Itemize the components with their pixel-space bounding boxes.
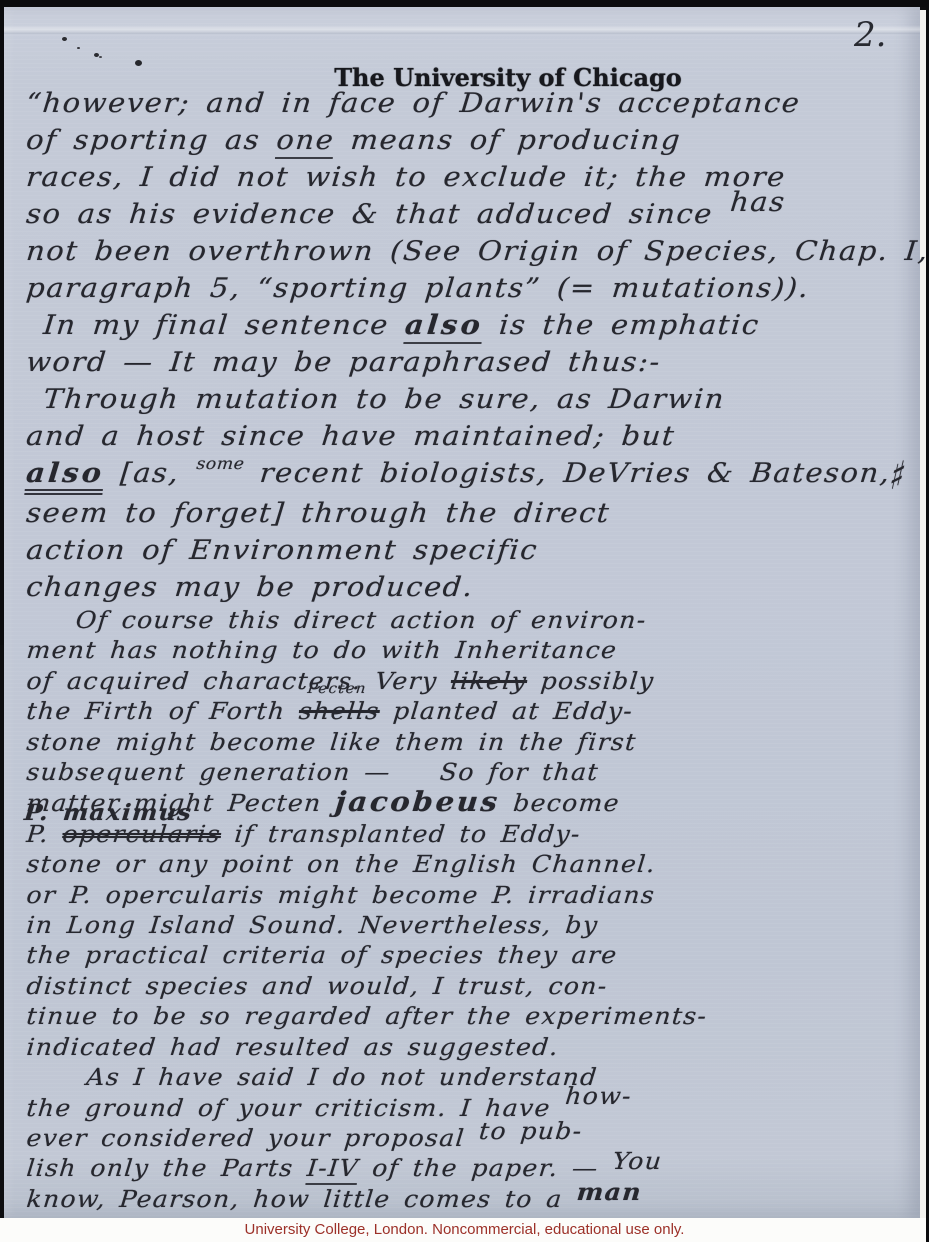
attribution-text: University College, London. Noncommercia… [245,1221,685,1238]
line-text: Through mutation to be sure, as Darwin [42,384,727,415]
handwritten-line: paragraph 5, “sporting plants” (= mutati… [25,270,929,307]
line-text: changes may be produced. [25,572,475,603]
line-text: become [498,789,621,817]
handwritten-line: of sporting as one means of producing [25,122,929,159]
handwritten-line: know, Pearson, how little comes to a man [25,1184,929,1214]
handwritten-line: races, I did not wish to exclude it; the… [25,159,929,196]
handwritten-line: As I have said I do not understand [25,1062,929,1092]
handwritten-line: Of course this direct action of environ- [25,605,929,635]
line-text: paragraph 5, “sporting plants” (= mutati… [25,273,811,304]
letter-paper: 2. The University of Chicago “however; a… [4,7,920,1218]
handwritten-line: tinue to be so regarded after the experi… [25,1001,929,1031]
line-text: and a host since have maintained; but [25,421,677,452]
correction-stack: P. maximusP. opercularis [25,819,222,849]
underlined-word: I-IV [306,1154,361,1185]
line-text: if transplanted to Eddy- [220,820,582,848]
line-text: means of producing [333,125,683,156]
line-text: stone might become like them in the firs… [25,728,638,756]
scanned-letter-page: 2. The University of Chicago “however; a… [0,0,929,1242]
ink-specks [62,37,67,41]
paper-crease [4,25,920,34]
underlined-word: also [403,310,484,344]
line-text: of sporting as [25,125,278,156]
line-text: tinue to be so regarded after the experi… [25,1002,708,1030]
handwritten-line: not been overthrown (See Origin of Speci… [25,233,929,270]
line-text: ment has nothing to do with Inheritance [25,636,618,664]
line-text: word — It may be paraphrased thus:- [25,347,663,378]
handwritten-line: action of Environment specific [25,532,929,569]
handwritten-line: indicated had resulted as suggested. [25,1032,929,1062]
handwritten-line: word — It may be paraphrased thus:- [25,344,929,381]
handwritten-line: Through mutation to be sure, as Darwin [25,381,929,418]
letter-body-lower: Of course this direct action of environ-… [28,605,910,1214]
line-text: is the emphatic [482,310,761,341]
handwritten-line: P. maximusP. opercularis if transplanted… [25,819,929,849]
handwritten-line: “however; and in face of Darwin's accept… [25,85,929,122]
line-text: planted at Eddy- [378,697,634,725]
letter-body-upper: “however; and in face of Darwin's accept… [28,85,910,606]
handwritten-line: seem to forget] through the direct [25,495,929,532]
line-text: “however; and in face of Darwin's accept… [25,88,802,119]
line-text: recent biologists, DeVries & Bateson, [242,458,892,489]
page-number: 2. [854,15,886,55]
line-text: As I have said I do not understand [85,1063,599,1091]
line-text: lish only the Parts [25,1154,308,1182]
raised-word: to pub- [478,1117,584,1145]
underlined-word: one [275,125,336,159]
handwritten-line: In my final sentence also is the emphati… [25,307,929,344]
photo-edge-top [0,0,929,7]
handwritten-line: lish only the Parts I-IV of the paper. —… [25,1153,929,1183]
inserted-word: some [196,454,246,473]
handwritten-line: distinct species and would, I trust, con… [25,971,929,1001]
line-text: Of course this direct action of environ- [75,606,648,634]
raised-word: how- [564,1082,633,1110]
line-text: not been overthrown (See Origin of Speci… [25,236,929,267]
line-text: ever considered your proposal [25,1124,480,1152]
inserted-word: P. maximus [23,798,194,828]
line-text: action of Environment specific [25,535,540,566]
line-text: in Long Island Sound. Nevertheless, by [25,911,599,939]
line-text: or P. opercularis might become P. irradi… [25,881,656,909]
line-text: [as, [103,458,197,489]
inserted-word: Pecten [306,674,368,704]
handwritten-line: of acquired characters. Very likely poss… [25,666,929,696]
line-text: so as his evidence & that adduced since [25,199,731,230]
raised-word: has [729,187,787,218]
handwritten-line: ever considered your proposal to pub- [25,1123,929,1153]
handwritten-line: stone or any point on the English Channe… [25,849,929,879]
correction-stack: Pectenshells [298,696,382,726]
double-underlined-word: also [24,458,106,495]
raised-word: man [576,1178,644,1206]
line-text: the Firth of Forth [25,697,300,725]
handwritten-line: or P. opercularis might become P. irradi… [25,880,929,910]
line-text: the practical criteria of species they a… [25,941,619,969]
line-text: distinct species and would, I trust, con… [25,972,609,1000]
handwritten-line: stone might become like them in the firs… [25,727,929,757]
line-text: So for that [439,758,601,786]
line-text: subsequent generation — [25,758,392,786]
line-text: of acquired characters. Very [25,667,452,695]
line-text: In my final sentence [42,310,407,341]
handwritten-line: also [as, some recent biologists, DeVrie… [24,455,929,495]
line-text: of the paper. — [357,1154,613,1182]
handwritten-line: the ground of your criticism. I have how… [25,1093,929,1123]
handwritten-line: subsequent generation —So for that [25,757,929,787]
handwritten-line: the Firth of Forth Pectenshells planted … [25,696,929,726]
handwritten-line: in Long Island Sound. Nevertheless, by [25,910,929,940]
line-text: seem to forget] through the direct [25,498,612,529]
photo-edge-left [0,0,4,645]
strikethrough-word: likely [450,667,529,695]
raised-word: You [611,1147,663,1175]
handwritten-line: and a host since have maintained; but [25,418,929,455]
handwritten-line: the practical criteria of species they a… [25,940,929,970]
handwritten-line: changes may be produced. [25,569,929,606]
handwritten-line: so as his evidence & that adduced since … [25,196,929,233]
line-text: indicated had resulted as suggested. [25,1033,560,1061]
handwritten-line: ment has nothing to do with Inheritance [25,635,929,665]
line-text: stone or any point on the English Channe… [25,850,657,878]
line-text: races, I did not wish to exclude it; the… [25,162,788,193]
attribution-footer: University College, London. Noncommercia… [0,1218,929,1242]
line-text: know, Pearson, how little comes to a [25,1185,577,1213]
species-name: jacobeus [334,786,502,818]
line-text: possibly [526,667,656,695]
